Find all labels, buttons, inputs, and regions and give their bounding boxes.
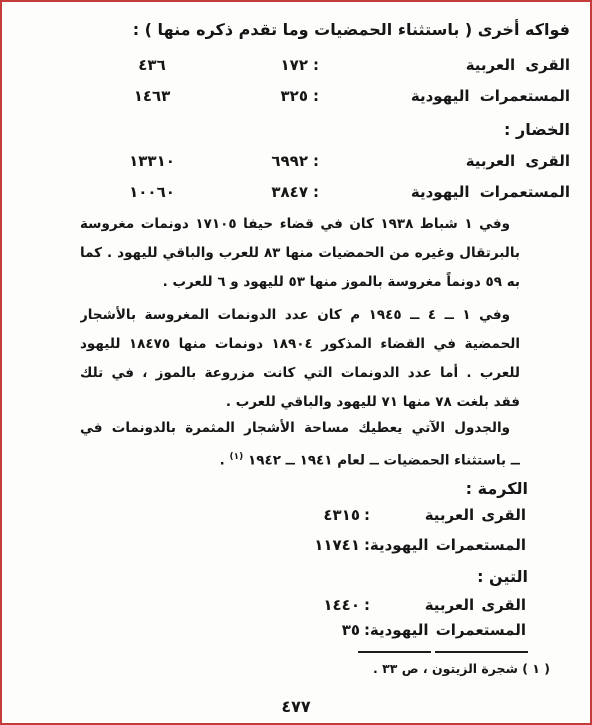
stat-row-jewish-settlements: المستعمرات اليهودية : ٣٢٥ ١٤٦٣ xyxy=(102,85,570,107)
stat-row-arab-villages: القرى العربية : ١٤٤٠ xyxy=(280,594,526,616)
row-colon: : xyxy=(360,534,374,556)
row-value-primary: ٣٥ xyxy=(280,619,360,641)
paragraph-feb-1938: وفي ١ شباط ١٩٣٨ كان في قضاء حيفا ١٧١٠٥ د… xyxy=(80,210,520,297)
paragraph-line: بالبرتقال وغيره من الحمضيات منها ٨٣ للعر… xyxy=(80,239,520,268)
footnote-text: ( ١ ) شجرة الزيتون ، ص ٣٣ . xyxy=(373,661,550,676)
row-value-primary: ٤٣١٥ xyxy=(280,504,360,526)
row-value-primary: ١١٧٤١ xyxy=(280,534,360,556)
row-value-primary: ١٤٤٠ xyxy=(280,594,360,616)
paragraph-line: الحمضية في القضاء المذكور ١٨٩٠٤ دونمات م… xyxy=(80,330,520,359)
stat-row-jewish-settlements: المستعمرات اليهودية : ١١٧٤١ xyxy=(280,534,526,556)
heading-vegetables: الخضار : xyxy=(504,120,570,139)
row-colon: : xyxy=(308,181,324,203)
paragraph-line: فقد بلغت ٧٨ منها ٧١ لليهود والباقي للعرب… xyxy=(80,388,520,417)
row-colon: : xyxy=(308,85,324,107)
stat-row-jewish-settlements: المستعمرات اليهودية : ٣٨٤٧ ١٠٠٦٠ xyxy=(102,181,570,203)
heading-figs: التين : xyxy=(477,567,528,586)
stat-row-jewish-settlements: المستعمرات اليهودية : ٣٥ xyxy=(280,619,526,641)
footnote-separator xyxy=(358,651,528,653)
row-label: القرى العربية xyxy=(324,150,570,172)
row-colon: : xyxy=(360,504,374,526)
stat-row-arab-villages: القرى العربية : ٤٣١٥ xyxy=(280,504,526,526)
footnote-separator-segment xyxy=(358,651,431,653)
page-number: ٤٧٧ xyxy=(2,697,590,716)
row-label: المستعمرات اليهودية xyxy=(324,85,570,107)
row-label: القرى العربية xyxy=(324,54,570,76)
paragraph-line: به ٥٩ دونماً مغروسة بالموز منها ٥٣ لليهو… xyxy=(80,268,520,297)
heading-vine: الكرمة : xyxy=(466,479,528,498)
paragraph-line: ــ باستثناء الحمضيات ــ لعام ١٩٤١ ــ ١٩٤… xyxy=(80,443,520,472)
scanned-book-page: فواكه أخرى ( باستثناء الحمضيات وما تقدم … xyxy=(0,0,592,725)
paragraph-line: والجدول الآتي يعطيك مساحة الأشجار المثمر… xyxy=(80,414,520,443)
paragraph-line-text: ــ باستثناء الحمضيات ــ لعام ١٩٤١ ــ ١٩٤… xyxy=(248,453,520,469)
row-label: القرى العربية xyxy=(374,594,526,616)
row-value-secondary: ١٤٦٣ xyxy=(102,85,202,107)
paragraph-line: للعرب . أما عدد الدونمات التي كانت مزروع… xyxy=(80,359,520,388)
paragraph-table-intro: والجدول الآتي يعطيك مساحة الأشجار المثمر… xyxy=(80,414,520,472)
heading-other-fruits: فواكه أخرى ( باستثناء الحمضيات وما تقدم … xyxy=(133,20,570,39)
paragraph-line: وفي ١ ــ ٤ ــ ١٩٤٥ م كان عدد الدونمات ال… xyxy=(80,301,520,330)
paragraph-line-end: . xyxy=(220,453,225,469)
row-value-secondary: ١٠٠٦٠ xyxy=(102,181,202,203)
stat-row-arab-villages: القرى العربية : ٦٩٩٢ ١٣٣١٠ xyxy=(102,150,570,172)
row-colon: : xyxy=(360,619,374,641)
row-label: المستعمرات اليهودية xyxy=(374,619,526,641)
row-colon: : xyxy=(308,150,324,172)
row-label: المستعمرات اليهودية xyxy=(324,181,570,203)
paragraph-line: وفي ١ شباط ١٩٣٨ كان في قضاء حيفا ١٧١٠٥ د… xyxy=(80,210,520,239)
row-label: القرى العربية xyxy=(374,504,526,526)
footnote-separator-segment xyxy=(435,651,528,653)
row-value-secondary: ٤٣٦ xyxy=(102,54,202,76)
paragraph-april-1945: وفي ١ ــ ٤ ــ ١٩٤٥ م كان عدد الدونمات ال… xyxy=(80,301,520,417)
row-colon: : xyxy=(360,594,374,616)
row-value-secondary: ١٣٣١٠ xyxy=(102,150,202,172)
footnote-marker: (١) xyxy=(230,452,244,462)
row-value-primary: ٣٨٤٧ xyxy=(228,181,308,203)
row-value-primary: ٦٩٩٢ xyxy=(228,150,308,172)
stat-row-arab-villages: القرى العربية : ١٧٢ ٤٣٦ xyxy=(102,54,570,76)
footnote-separator-gap xyxy=(431,651,435,653)
row-value-primary: ٣٢٥ xyxy=(228,85,308,107)
row-colon: : xyxy=(308,54,324,76)
row-label: المستعمرات اليهودية xyxy=(374,534,526,556)
row-value-primary: ١٧٢ xyxy=(228,54,308,76)
